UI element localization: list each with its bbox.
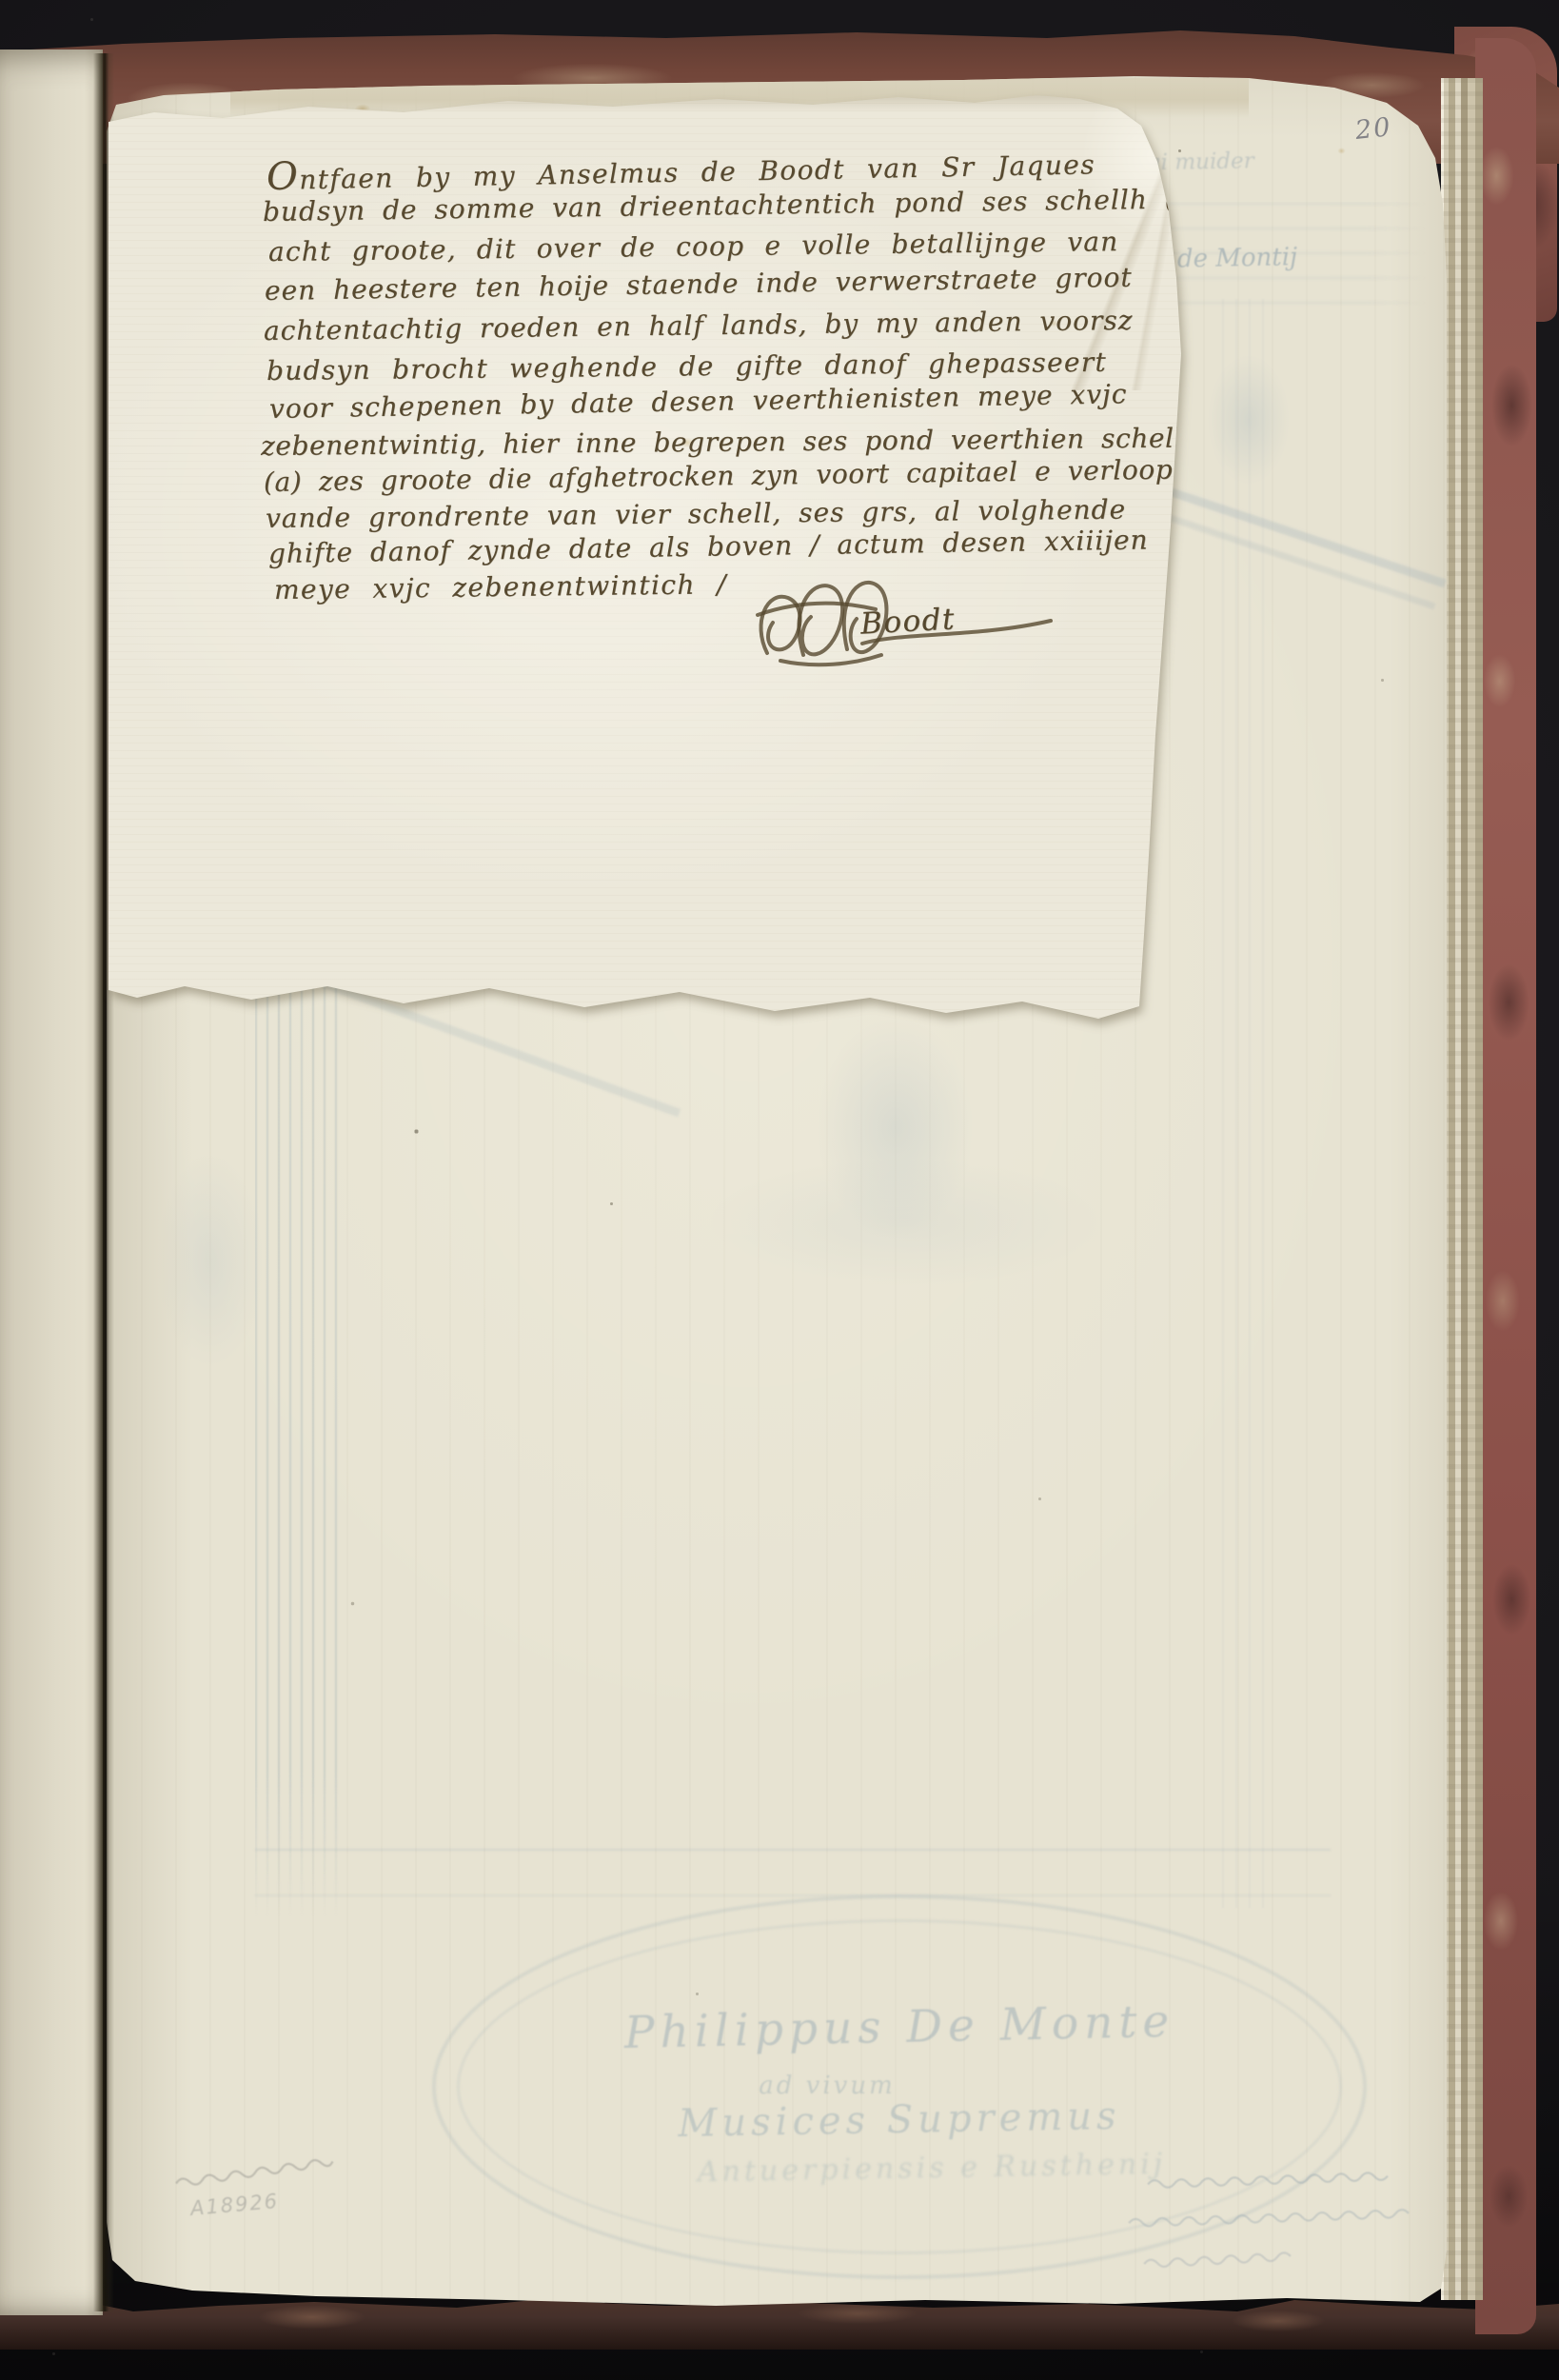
- pasted-receipt-slip: Ontfaen by my Anselmus de Boodt van Sr J…: [109, 88, 1194, 1049]
- manuscript-line: voor schepenen by date desen veerthienis…: [269, 380, 1128, 425]
- folio-number: 20: [1354, 114, 1393, 144]
- manuscript-line: meye xvjc zebenentwintich /: [274, 570, 727, 605]
- binding-cover-fore-edge: [1475, 38, 1536, 2334]
- manuscript-line: een heestere ten hoije staende inde verw…: [265, 264, 1133, 307]
- manuscript-line: achtentachtig roeden en half lands, by m…: [264, 307, 1134, 347]
- bleedthrough-smudge: [640, 1137, 1173, 1308]
- bleedthrough-frame-left: [255, 939, 339, 1917]
- stain: [1336, 147, 1347, 155]
- manuscript-line: acht groote, dit over de coop e volle be…: [268, 228, 1119, 268]
- bleedthrough-tree: [1192, 329, 1306, 510]
- pencil-inscription-illegible: [173, 2152, 336, 2190]
- manuscript-line: (a) zes groote die afghetrocken zyn voor…: [264, 455, 1208, 498]
- pencil-inventory-number: A18926: [189, 2192, 280, 2219]
- bleedthrough-frame-base: [255, 1849, 1331, 1896]
- bleedthrough-smudge: [139, 1118, 282, 1403]
- page-stack-fore-edge: [1441, 78, 1483, 2300]
- dust-specks: [0, 0, 1, 1]
- signature-name: Boodt: [859, 605, 956, 639]
- receipt-paper: Ontfaen by my Anselmus de Boodt van Sr J…: [109, 88, 1194, 1049]
- facing-page-edge: [0, 50, 103, 2315]
